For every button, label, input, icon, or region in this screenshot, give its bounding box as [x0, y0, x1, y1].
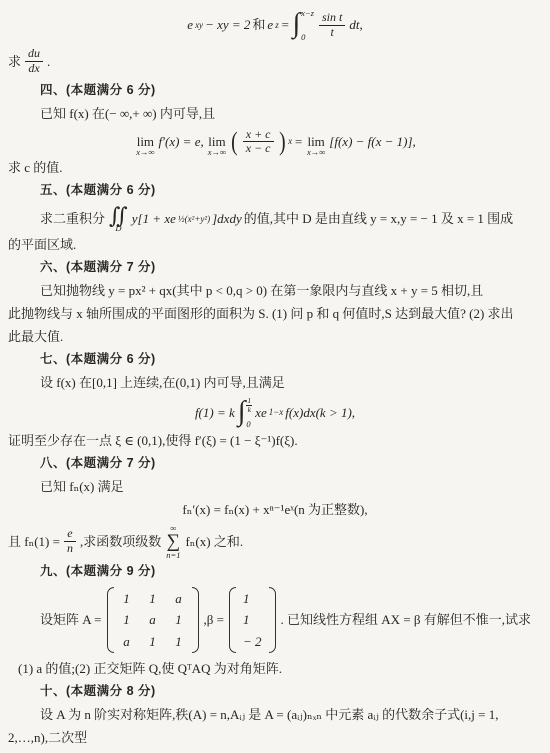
q5-text: 的值,其中 D 是由直线 y = x,y = − 1 及 x = 1 围成 — [244, 211, 513, 227]
q7-intro: 设 f(x) 在[0,1] 上连续,在(0,1) 内可导,且满足 — [8, 371, 542, 394]
q8-outro: 且 fₙ(1) = e n ,求函数项级数 ∞ ∑ n=1 fₙ(x) 之和. — [8, 524, 542, 560]
q9-line2: (1) a 的值;(2) 正交矩阵 Q,使 QᵀAQ 为对角矩阵. — [8, 657, 542, 680]
exponent-xy: xy — [195, 20, 203, 31]
exponent-1-x: 1−x — [269, 407, 284, 418]
q5-text: 求二重积分 — [40, 211, 105, 227]
left-paren: ( — [231, 129, 238, 155]
cn-qiu: 求 — [8, 54, 21, 70]
section-heading-6: 六、(本题满分 7 分) — [8, 256, 542, 279]
matrix-cell: 1 — [149, 591, 156, 607]
q6-line1: 已知抛物线 y = px² + qx(其中 p < 0,q > 0) 在第一象限… — [8, 279, 542, 302]
q5-paragraph: 求二重积分 ∬ D y[1 + xe½(x²+y²)]dxdy 的值,其中 D … — [8, 205, 542, 233]
section-heading-4: 四、(本题满分 6 分) — [8, 79, 542, 102]
q9-text: . 已知线性方程组 AX = β 有解但不惟一,试求 — [281, 612, 531, 628]
matrix-right-paren — [192, 587, 199, 654]
summation: ∞ ∑ n=1 — [166, 524, 180, 560]
integral: ∫ 1 k 0 — [238, 397, 252, 429]
section-heading-8: 八、(本题满分 7 分) — [8, 452, 542, 475]
exponent-x: x — [288, 136, 292, 147]
matrix-cell: a — [123, 634, 130, 650]
exponent-z: z — [275, 20, 279, 31]
q10-line1: 设 A 为 n 阶实对称矩阵,秩(A) = n,Aᵢⱼ 是 A = (aᵢⱼ)ₙ… — [8, 703, 542, 726]
q9-matrix-line: 设矩阵 A = 11a 1a1 a11 ,β = 1 1 − 2 . 已知线性方… — [8, 587, 542, 654]
display-formula-f1-integral: f(1) = k ∫ 1 k 0 xe1−x f(x)dx(k > 1), — [8, 397, 542, 429]
matrix-left-paren — [107, 587, 114, 654]
display-formula-implicit-system: exy − xy = 2 和 ez = ∫ x−z 0 sin t t dt, — [8, 9, 542, 41]
double-integral: ∬ D — [109, 205, 128, 233]
math-token: e — [187, 17, 193, 33]
sum-lower-limit: n=1 — [166, 551, 180, 560]
math-token: xe — [255, 405, 267, 421]
sigma-icon: ∑ — [167, 532, 181, 551]
fraction-sint-over-t: sin t t — [319, 11, 345, 40]
integral-upper-limit: x−z — [301, 9, 314, 18]
vector-beta: 1 1 − 2 — [229, 587, 276, 654]
matrix-A-cells: 11a 1a1 a11 — [114, 587, 192, 654]
integral-upper-limit-frac: 1 k — [246, 397, 252, 414]
matrix-right-paren — [269, 587, 276, 654]
math-token: f′(x) = e, — [159, 134, 204, 150]
section-heading-10: 十、(本题满分 8 分) — [8, 680, 542, 703]
section-heading-7: 七、(本题满分 6 分) — [8, 348, 542, 371]
math-token: y[1 + xe — [132, 211, 176, 227]
math-token: f(1) = k — [195, 405, 235, 421]
vector-beta-cells: 1 1 − 2 — [236, 587, 269, 654]
q8-text: ,求函数项级数 — [80, 534, 161, 550]
vector-cell: 1 — [243, 612, 250, 628]
double-integral-domain: D — [115, 224, 121, 233]
ask-du-dx-line: 求 du dx . — [8, 47, 542, 76]
q6-line2: 此抛物线与 x 轴所围成的平面图形的面积为 S. (1) 问 p 和 q 何值时… — [8, 302, 542, 325]
section-heading-9: 九、(本题满分 9 分) — [8, 560, 542, 583]
matrix-cell: a — [175, 591, 182, 607]
integral-icon: ∫ — [293, 10, 301, 38]
q6-line3: 此最大值. — [8, 325, 542, 348]
q9-text: 设矩阵 A = — [40, 612, 102, 628]
q5-paragraph-line2: 的平面区域. — [8, 233, 542, 256]
fraction-xc: x + c x − c — [243, 128, 274, 157]
math-token: dt, — [349, 17, 362, 33]
limit-op: lim x→∞ — [208, 135, 226, 158]
matrix-cell: a — [149, 612, 156, 628]
matrix-cell: 1 — [175, 612, 182, 628]
equals-sign: = — [281, 17, 290, 33]
math-token: [f(x) − f(x − 1)], — [329, 134, 416, 150]
q4-intro: 已知 f(x) 在(− ∞,+ ∞) 内可导,且 — [8, 102, 542, 125]
limit-op: lim x→∞ — [136, 135, 154, 158]
matrix-A: 11a 1a1 a11 — [107, 587, 199, 654]
integral: ∫ x−z 0 — [293, 9, 315, 41]
matrix-cell: 1 — [149, 634, 156, 650]
equals-sign: = — [294, 134, 303, 150]
math-token: f(x)dx(k > 1), — [285, 405, 355, 421]
right-paren: ) — [279, 129, 286, 155]
q8-text: fₙ(x) 之和. — [185, 534, 243, 550]
limit-op: lim x→∞ — [307, 135, 325, 158]
q8-intro: 已知 fₙ(x) 满足 — [8, 475, 542, 498]
matrix-left-paren — [229, 587, 236, 654]
matrix-cell: 1 — [123, 612, 130, 628]
q8-text: 且 fₙ(1) = — [8, 534, 60, 550]
fraction-du-dx: du dx — [25, 47, 43, 76]
math-token: e — [267, 17, 273, 33]
exponent-half-x2y2: ½(x²+y²) — [178, 214, 210, 225]
integral-lower-limit: 0 — [301, 33, 314, 42]
q4-outro: 求 c 的值. — [8, 156, 542, 179]
vector-cell: 1 — [243, 591, 250, 607]
math-token: − xy = 2 — [205, 17, 250, 33]
display-formula-fn: fₙ′(x) = fₙ(x) + xⁿ⁻¹eˣ(n 为正整数), — [8, 498, 542, 521]
q10-line2: 2,…,n),二次型 — [8, 726, 542, 749]
section-heading-5: 五、(本题满分 6 分) — [8, 179, 542, 202]
integral-limits: x−z 0 — [301, 9, 314, 41]
integral-limits: 1 k 0 — [246, 397, 252, 429]
fraction-e-n: e n — [64, 527, 76, 556]
display-formula-limits: lim x→∞ f′(x) = e, lim x→∞ ( x + c x − c… — [8, 128, 542, 157]
matrix-cell: 1 — [123, 591, 130, 607]
exam-page: exy − xy = 2 和 ez = ∫ x−z 0 sin t t dt, … — [0, 0, 550, 749]
period: . — [47, 54, 50, 70]
matrix-cell: 1 — [175, 634, 182, 650]
math-token: ]dxdy — [212, 211, 242, 227]
vector-cell: − 2 — [243, 634, 262, 650]
integral-icon: ∫ — [238, 398, 246, 426]
q9-text: ,β = — [204, 612, 224, 628]
cn-and: 和 — [252, 17, 265, 33]
q7-outro: 证明至少存在一点 ξ ∈ (0,1),使得 f′(ξ) = (1 − ξ⁻¹)f… — [8, 429, 542, 452]
integral-lower-limit: 0 — [246, 420, 252, 429]
